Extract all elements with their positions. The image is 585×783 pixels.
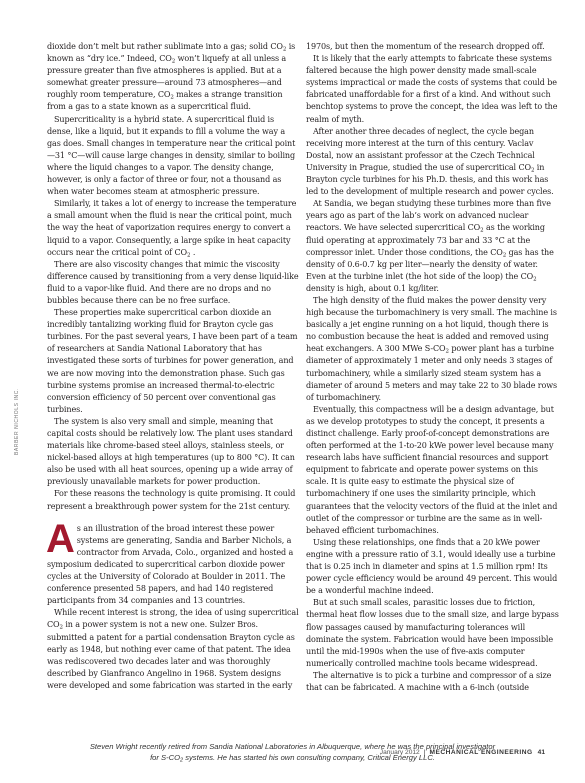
paragraph: For these reasons the technology is quit… xyxy=(47,488,300,512)
paragraph: Eventually, this compactness will be a d… xyxy=(306,404,559,537)
footer-separator: | xyxy=(424,749,426,756)
paragraph: After another three decades of neglect, … xyxy=(306,126,559,199)
paragraph: 1970s, but then the momentum of the rese… xyxy=(306,41,559,53)
paragraph: dioxide don’t melt but rather sublimate … xyxy=(47,41,300,114)
magazine-name: MECHANICAL ENGINEERING xyxy=(429,749,532,756)
paragraph: The system is also very small and simple… xyxy=(47,416,300,489)
paragraph: While recent interest is strong, the ide… xyxy=(47,607,300,692)
paragraph: There are also viscosity changes that mi… xyxy=(47,259,300,307)
photo-credit: BARBER NICHOLS INC. xyxy=(14,388,20,455)
paragraph: Similarly, it takes a lot of energy to i… xyxy=(47,198,300,258)
dropcap-letter: A xyxy=(46,523,75,550)
issue-date: January 2012 xyxy=(380,749,420,756)
paragraph: At Sandia, we began studying these turbi… xyxy=(306,198,559,295)
paragraph: Supercriticality is a hybrid state. A su… xyxy=(47,114,300,199)
paragraph-with-dropcap: As an illustration of the broad interest… xyxy=(47,523,300,608)
left-column: dioxide don’t melt but rather sublimate … xyxy=(47,41,300,692)
paragraph: It is likely that the early attempts to … xyxy=(306,53,559,126)
page-number: 41 xyxy=(538,749,545,756)
magazine-page: BARBER NICHOLS INC. dioxide don’t melt b… xyxy=(0,0,585,783)
right-column: 1970s, but then the momentum of the rese… xyxy=(306,41,559,694)
paragraph: These properties make supercritical carb… xyxy=(47,307,300,416)
paragraph: The alternative is to pick a turbine and… xyxy=(306,670,559,694)
paragraph: But at such small scales, parasitic loss… xyxy=(306,597,559,670)
paragraph: The high density of the fluid makes the … xyxy=(306,295,559,404)
page-footer: January 2012|MECHANICAL ENGINEERING41 xyxy=(380,749,545,756)
paragraph: Using these relationships, one finds tha… xyxy=(306,537,559,597)
